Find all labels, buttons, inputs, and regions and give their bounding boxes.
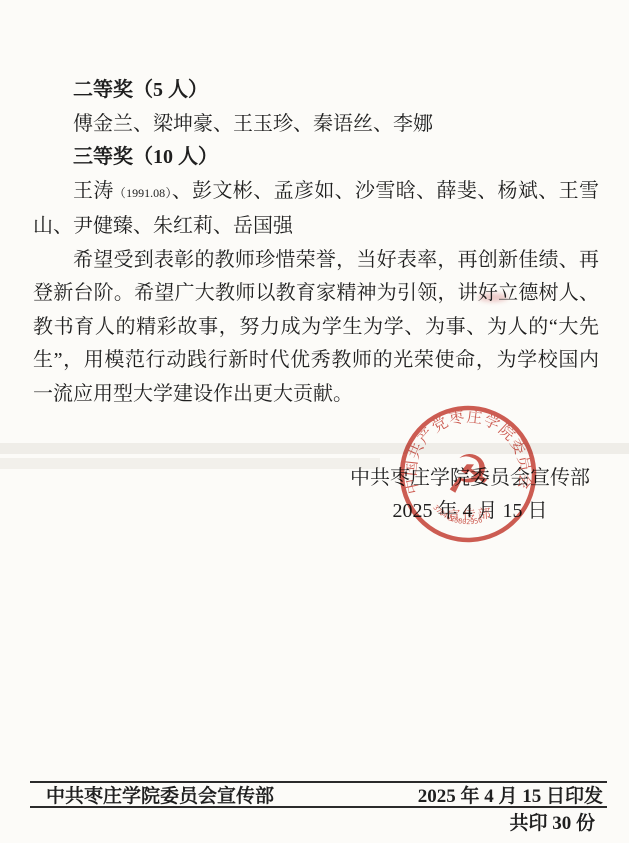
footer-copies-count: 共印 30 份 bbox=[509, 808, 595, 835]
footer-print-date: 2025 年 4 月 15 日印发 bbox=[418, 781, 603, 808]
official-red-seal: 中国共产党枣庄学院委员会 ☭ 宣传部 3704025802956 bbox=[392, 398, 543, 549]
scan-artifact-band bbox=[0, 458, 380, 469]
birthdate-note: （1991.08） bbox=[114, 186, 172, 200]
hammer-sickle-icon: ☭ bbox=[443, 444, 493, 506]
second-prize-heading: 二等奖（5 人） bbox=[33, 74, 599, 108]
footer-issuer: 中共枣庄学院委员会宣传部 bbox=[46, 781, 274, 808]
third-prize-first-name: 王涛 bbox=[73, 180, 114, 202]
third-prize-names: 王涛（1991.08）、彭文彬、孟彦如、沙雪晗、薛斐、杨斌、王雪山、尹健臻、朱红… bbox=[33, 175, 599, 244]
third-prize-heading: 三等奖（10 人） bbox=[33, 141, 599, 175]
document-page: 二等奖（5 人） 傅金兰、梁坤豪、王玉珍、秦语丝、李娜 三等奖（10 人） 王涛… bbox=[0, 0, 629, 843]
closing-paragraph: 希望受到表彰的教师珍惜荣誉，当好表率，再创新佳绩、再登新台阶。希望广大教师以教育… bbox=[33, 244, 599, 412]
second-prize-names: 傅金兰、梁坤豪、王玉珍、秦语丝、李娜 bbox=[33, 108, 599, 142]
document-body: 二等奖（5 人） 傅金兰、梁坤豪、王玉珍、秦语丝、李娜 三等奖（10 人） 王涛… bbox=[33, 74, 599, 411]
footer-row: 中共枣庄学院委员会宣传部 2025 年 4 月 15 日印发 bbox=[30, 782, 607, 806]
